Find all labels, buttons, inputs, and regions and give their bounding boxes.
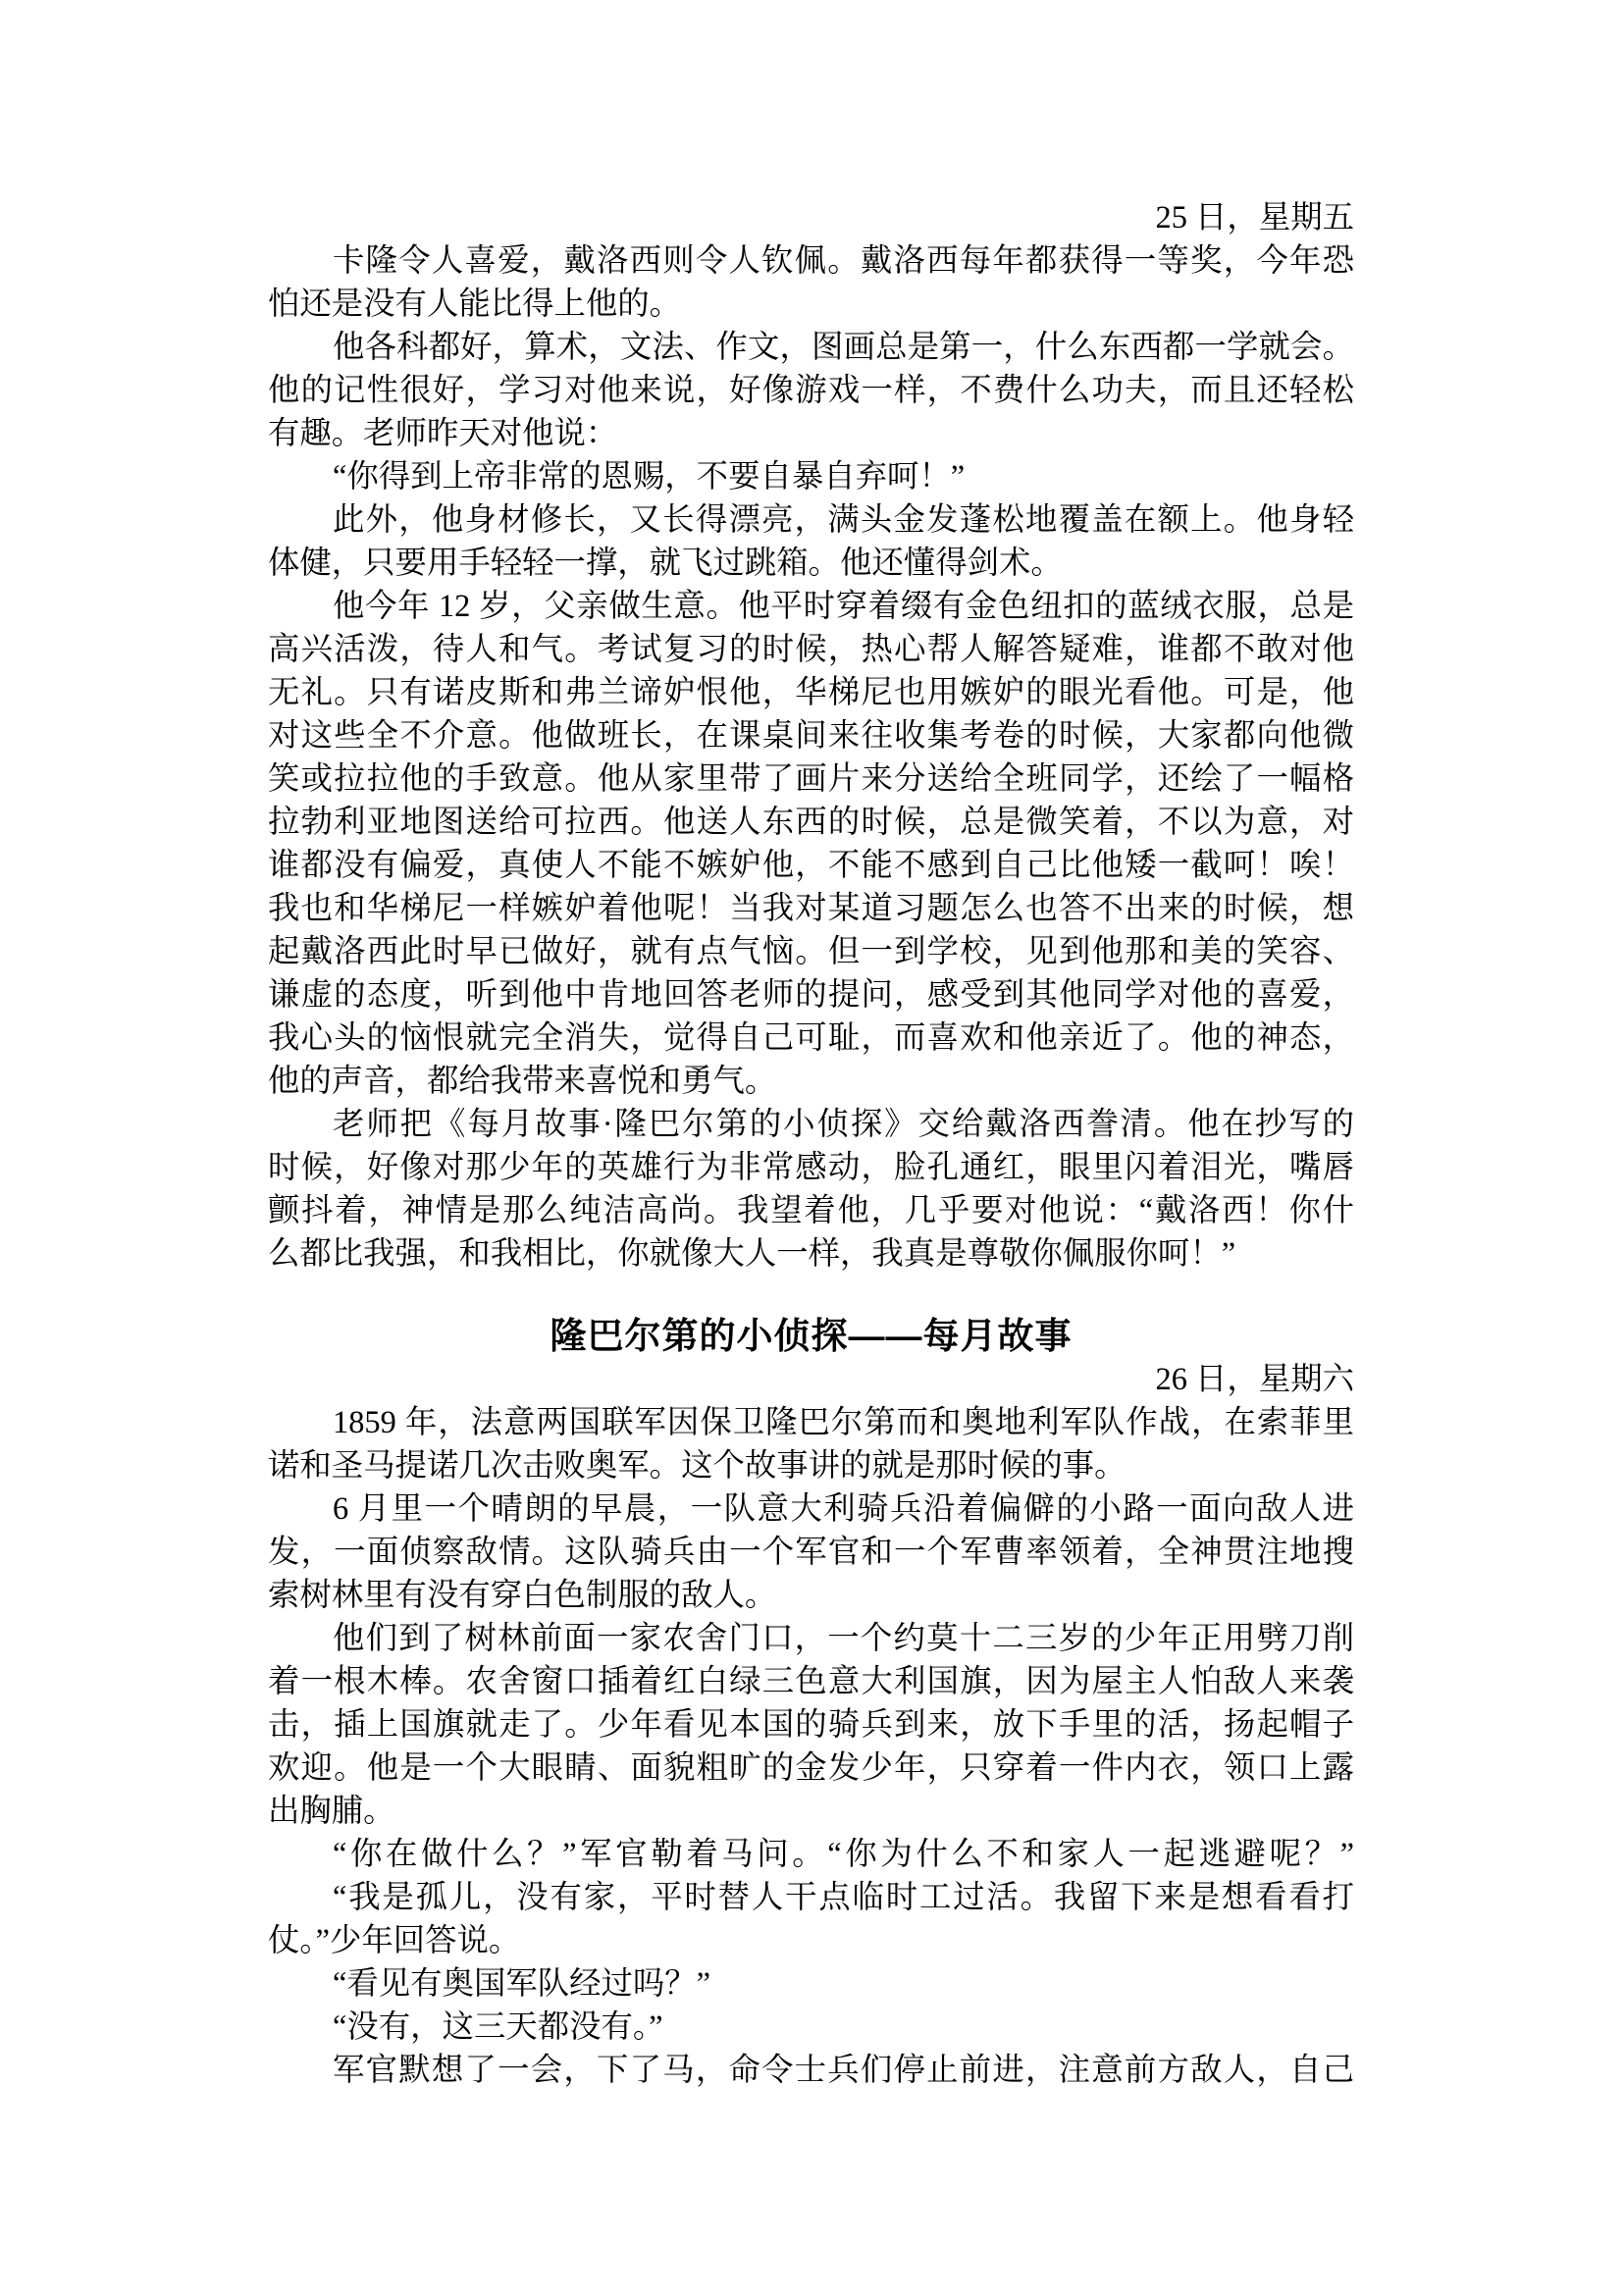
paragraph: 老师把《每月故事·隆巴尔第的小侦探》交给戴洛西誊清。他在抄写的时候，好像对那少年… (268, 1103, 1354, 1276)
text-line: 诺和圣马提诺几次击败奥军。这个故事讲的就是那时候的事。 (268, 1444, 1354, 1487)
text-line: 仗。”少年回答说。 (268, 1919, 1354, 1962)
paragraph: 1859 年，法意两国联军因保卫隆巴尔第而和奥地利军队作战，在索菲里诺和圣马提诺… (268, 1401, 1354, 1487)
text-line: 他的记性很好，学习对他来说，好像游戏一样，不费什么功夫，而且还轻松 (268, 369, 1354, 412)
text-line: 么都比我强，和我相比，你就像大人一样，我真是尊敬你佩服你呵！” (268, 1232, 1354, 1276)
paragraph: “没有，这三天都没有。” (268, 2006, 1354, 2049)
text-line: 此外，他身材修长，又长得漂亮，满头金发蓬松地覆盖在额上。他身轻 (268, 498, 1354, 542)
text-line: 索树林里有没有穿白色制服的敌人。 (268, 1574, 1354, 1617)
text-line: 时候，好像对那少年的英雄行为非常感动，脸孔通红，眼里闪着泪光，嘴唇 (268, 1146, 1354, 1189)
text-line: 他今年 12 岁，父亲做生意。他平时穿着缀有金色纽扣的蓝绒衣服，总是 (268, 585, 1354, 628)
text-line: 起戴洛西此时早已做好，就有点气恼。但一到学校，见到他那和美的笑容、 (268, 930, 1354, 973)
paragraph: “你在做什么？”军官勒着马问。“你为什么不和家人一起逃避呢？” (268, 1833, 1354, 1876)
text-line: 怕还是没有人能比得上他的。 (268, 283, 1354, 326)
text-column: 25 日，星期五卡隆令人喜爱，戴洛西则令人钦佩。戴洛西每年都获得一等奖，今年恐怕… (268, 196, 1354, 2092)
text-line: 谁都没有偏爱，真使人不能不嫉妒他，不能不感到自己比他矮一截呵！唉！ (268, 844, 1354, 887)
text-line: 高兴活泼，待人和气。考试复习的时候，热心帮人解答疑难，谁都不敢对他 (268, 628, 1354, 671)
paragraph: “看见有奥国军队经过吗？” (268, 1962, 1354, 2006)
text-line: 卡隆令人喜爱，戴洛西则令人钦佩。戴洛西每年都获得一等奖，今年恐 (268, 239, 1354, 283)
text-line: 老师把《每月故事·隆巴尔第的小侦探》交给戴洛西誊清。他在抄写的 (268, 1103, 1354, 1146)
text-line: 他各科都好，算术，文法、作文，图画总是第一，什么东西都一学就会。 (268, 326, 1354, 369)
text-line: 谦虚的态度，听到他中肯地回答老师的提问，感受到其他同学对他的喜爱， (268, 973, 1354, 1017)
text-line: 出胸脯。 (268, 1790, 1354, 1833)
text-line: “我是孤儿，没有家，平时替人干点临时工过活。我留下来是想看看打 (268, 1876, 1354, 1919)
text-line: 我也和华梯尼一样嫉妒着他呢！当我对某道习题怎么也答不出来的时候，想 (268, 887, 1354, 930)
text-line: 他们到了树林前面一家农舍门口，一个约莫十二三岁的少年正用劈刀削 (268, 1617, 1354, 1660)
text-line: 对这些全不介意。他做班长，在课桌间来往收集考卷的时候，大家都向他微 (268, 714, 1354, 757)
text-line: 1859 年，法意两国联军因保卫隆巴尔第而和奥地利军队作战，在索菲里 (268, 1401, 1354, 1444)
paragraph: 军官默想了一会，下了马，命令士兵们停止前进，注意前方敌人，自己 (268, 2049, 1354, 2092)
paragraph: 6 月里一个晴朗的早晨，一队意大利骑兵沿着偏僻的小路一面向敌人进发，一面侦察敌情… (268, 1487, 1354, 1617)
text-line: “没有，这三天都没有。” (268, 2006, 1354, 2049)
document-page: 25 日，星期五卡隆令人喜爱，戴洛西则令人钦佩。戴洛西每年都获得一等奖，今年恐怕… (0, 0, 1624, 2294)
section-heading: 隆巴尔第的小侦探——每月故事 (268, 1315, 1354, 1358)
text-line: 笑或拉拉他的手致意。他从家里带了画片来分送给全班同学，还绘了一幅格 (268, 757, 1354, 801)
text-line: 无礼。只有诺皮斯和弗兰谛妒恨他，华梯尼也用嫉妒的眼光看他。可是，他 (268, 671, 1354, 714)
text-line: 击，插上国旗就走了。少年看见本国的骑兵到来，放下手里的活，扬起帽子 (268, 1703, 1354, 1747)
paragraph: 卡隆令人喜爱，戴洛西则令人钦佩。戴洛西每年都获得一等奖，今年恐怕还是没有人能比得… (268, 239, 1354, 326)
paragraph: 他们到了树林前面一家农舍门口，一个约莫十二三岁的少年正用劈刀削着一根木棒。农舍窗… (268, 1617, 1354, 1833)
text-line: 军官默想了一会，下了马，命令士兵们停止前进，注意前方敌人，自己 (268, 2049, 1354, 2092)
text-line: 拉勃利亚地图送给可拉西。他送人东西的时候，总是微笑着，不以为意，对 (268, 801, 1354, 844)
text-line: 着一根木棒。农舍窗口插着红白绿三色意大利国旗，因为屋主人怕敌人来袭 (268, 1660, 1354, 1703)
paragraph: “你得到上帝非常的恩赐，不要自暴自弃呵！” (268, 455, 1354, 498)
text-line: “你得到上帝非常的恩赐，不要自暴自弃呵！” (268, 455, 1354, 498)
paragraph: 此外，他身材修长，又长得漂亮，满头金发蓬松地覆盖在额上。他身轻体健，只要用手轻轻… (268, 498, 1354, 585)
text-line: 有趣。老师昨天对他说： (268, 412, 1354, 455)
text-line: 颤抖着，神情是那么纯洁高尚。我望着他，几乎要对他说：“戴洛西！你什 (268, 1189, 1354, 1232)
text-line: 体健，只要用手轻轻一撑，就飞过跳箱。他还懂得剑术。 (268, 542, 1354, 585)
text-line: “你在做什么？”军官勒着马问。“你为什么不和家人一起逃避呢？” (268, 1833, 1354, 1876)
paragraph: 他各科都好，算术，文法、作文，图画总是第一，什么东西都一学就会。他的记性很好，学… (268, 326, 1354, 455)
text-line: 我心头的恼恨就完全消失，觉得自己可耻，而喜欢和他亲近了。他的神态， (268, 1017, 1354, 1060)
date-line: 26 日，星期六 (268, 1358, 1354, 1401)
text-line: 发，一面侦察敌情。这队骑兵由一个军官和一个军曹率领着，全神贯注地搜 (268, 1531, 1354, 1574)
text-line: “看见有奥国军队经过吗？” (268, 1962, 1354, 2006)
text-line: 他的声音，都给我带来喜悦和勇气。 (268, 1060, 1354, 1103)
paragraph: “我是孤儿，没有家，平时替人干点临时工过活。我留下来是想看看打仗。”少年回答说。 (268, 1876, 1354, 1962)
text-line: 6 月里一个晴朗的早晨，一队意大利骑兵沿着偏僻的小路一面向敌人进 (268, 1487, 1354, 1531)
text-line: 欢迎。他是一个大眼睛、面貌粗旷的金发少年，只穿着一件内衣，领口上露 (268, 1747, 1354, 1790)
paragraph: 他今年 12 岁，父亲做生意。他平时穿着缀有金色纽扣的蓝绒衣服，总是高兴活泼，待… (268, 585, 1354, 1103)
date-line: 25 日，星期五 (268, 196, 1354, 239)
